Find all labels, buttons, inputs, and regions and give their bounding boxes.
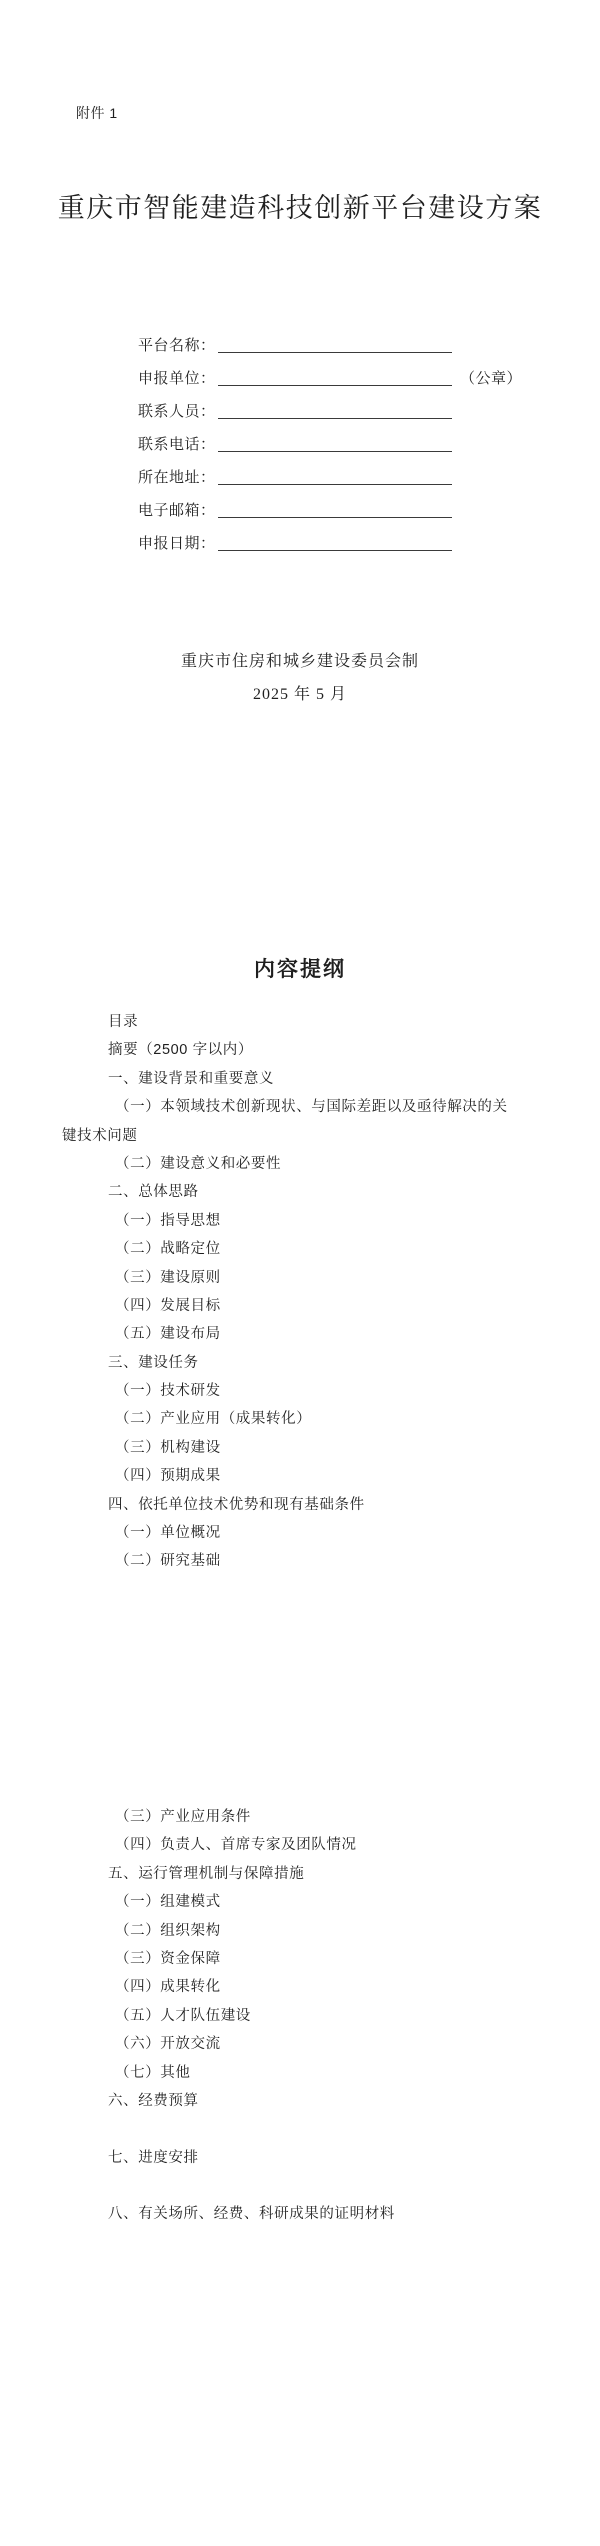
outline-line: （二）战略定位 [62, 1235, 508, 1263]
official-seal-note: （公章） [460, 370, 522, 387]
outline-line: （四）发展目标 [62, 1292, 508, 1320]
outline-line: （二）建设意义和必要性 [62, 1150, 508, 1178]
outline-line: （四）成果转化 [62, 1973, 395, 2001]
outline-line: 四、依托单位技术优势和现有基础条件 [62, 1491, 508, 1519]
outline-line: 七、进度安排 [62, 2144, 395, 2172]
outline-line: （三）机构建设 [62, 1434, 508, 1462]
attachment-label: 附件 1 [76, 103, 118, 123]
form-field-row: 联系人员： [138, 395, 522, 428]
outline-line: （二）产业应用（成果转化） [62, 1405, 508, 1433]
outline-line: 五、运行管理机制与保障措施 [62, 1860, 395, 1888]
outline-line: （七）其他 [62, 2059, 395, 2087]
form-field-blank-line [218, 370, 452, 386]
outline-list-part2: （三）产业应用条件 （四）负责人、首席专家及团队情况 五、运行管理机制与保障措施… [62, 1803, 395, 2229]
form-field-label: 电子邮箱： [138, 494, 218, 527]
document-page: 附件 1 重庆市智能建造科技创新平台建设方案 平台名称： 申报单位：（公章） 联… [0, 0, 600, 2546]
form-field-blank-line [218, 535, 452, 551]
form-field-blank-line [218, 403, 452, 419]
outline-line: （一）技术研发 [62, 1377, 508, 1405]
outline-line: （一）指导思想 [62, 1207, 508, 1235]
outline-line: （二）组织架构 [62, 1917, 395, 1945]
outline-line: 六、经费预算 [62, 2087, 395, 2115]
form-field-label: 申报日期： [138, 527, 218, 560]
form-field-row: 联系电话： [138, 428, 522, 461]
outline-line: （四）负责人、首席专家及团队情况 [62, 1831, 395, 1859]
outline-line: （三）资金保障 [62, 1945, 395, 1973]
form-field-label: 联系电话： [138, 428, 218, 461]
outline-line: 一、建设背景和重要意义 [62, 1065, 508, 1093]
outline-line: 三、建设任务 [62, 1349, 508, 1377]
outline-line: （一）单位概况 [62, 1519, 508, 1547]
form-field-row: 所在地址： [138, 461, 522, 494]
form-field-label: 申报单位： [138, 362, 218, 395]
outline-line: 二、总体思路 [62, 1178, 508, 1206]
form-field-row: 申报单位：（公章） [138, 362, 522, 395]
form-field-row: 平台名称： [138, 329, 522, 362]
form-field-blank-line [218, 337, 452, 353]
outline-line: 摘要（2500 字以内） [62, 1036, 508, 1064]
outline-line: （五）建设布局 [62, 1320, 508, 1348]
outline-line: （六）开放交流 [62, 2030, 395, 2058]
form-field-label: 联系人员： [138, 395, 218, 428]
date-line: 2025 年 5 月 [0, 681, 600, 704]
form-field-row: 申报日期： [138, 527, 522, 560]
form-field-label: 所在地址： [138, 461, 218, 494]
outline-line: （四）预期成果 [62, 1462, 508, 1490]
outline-line: （三）产业应用条件 [62, 1803, 395, 1831]
outline-line: （三）建设原则 [62, 1264, 508, 1292]
outline-line: （五）人才队伍建设 [62, 2002, 395, 2030]
issuer-line: 重庆市住房和城乡建设委员会制 [0, 648, 600, 671]
form-field-blank-line [218, 436, 452, 452]
outline-line: 目录 [62, 1008, 508, 1036]
outline-line [62, 2115, 395, 2143]
form-field-label: 平台名称： [138, 329, 218, 362]
outline-line: 键技术问题 [62, 1122, 508, 1150]
form-field-blank-line [218, 502, 452, 518]
application-form: 平台名称： 申报单位：（公章） 联系人员： 联系电话： 所在地址： 电子邮箱： [138, 329, 522, 560]
outline-line: （二）研究基础 [62, 1547, 508, 1575]
outline-line: （一）本领域技术创新现状、与国际差距以及亟待解决的关 [62, 1093, 508, 1121]
outline-list-part1: 目录 摘要（2500 字以内） 一、建设背景和重要意义 （一）本领域技术创新现状… [62, 1008, 508, 1576]
outline-line: （一）组建模式 [62, 1888, 395, 1916]
document-title: 重庆市智能建造科技创新平台建设方案 [0, 186, 600, 225]
outline-line [62, 2172, 395, 2200]
form-field-blank-line [218, 469, 452, 485]
outline-heading: 内容提纲 [0, 953, 600, 983]
form-field-row: 电子邮箱： [138, 494, 522, 527]
outline-line: 八、有关场所、经费、科研成果的证明材料 [62, 2200, 395, 2228]
